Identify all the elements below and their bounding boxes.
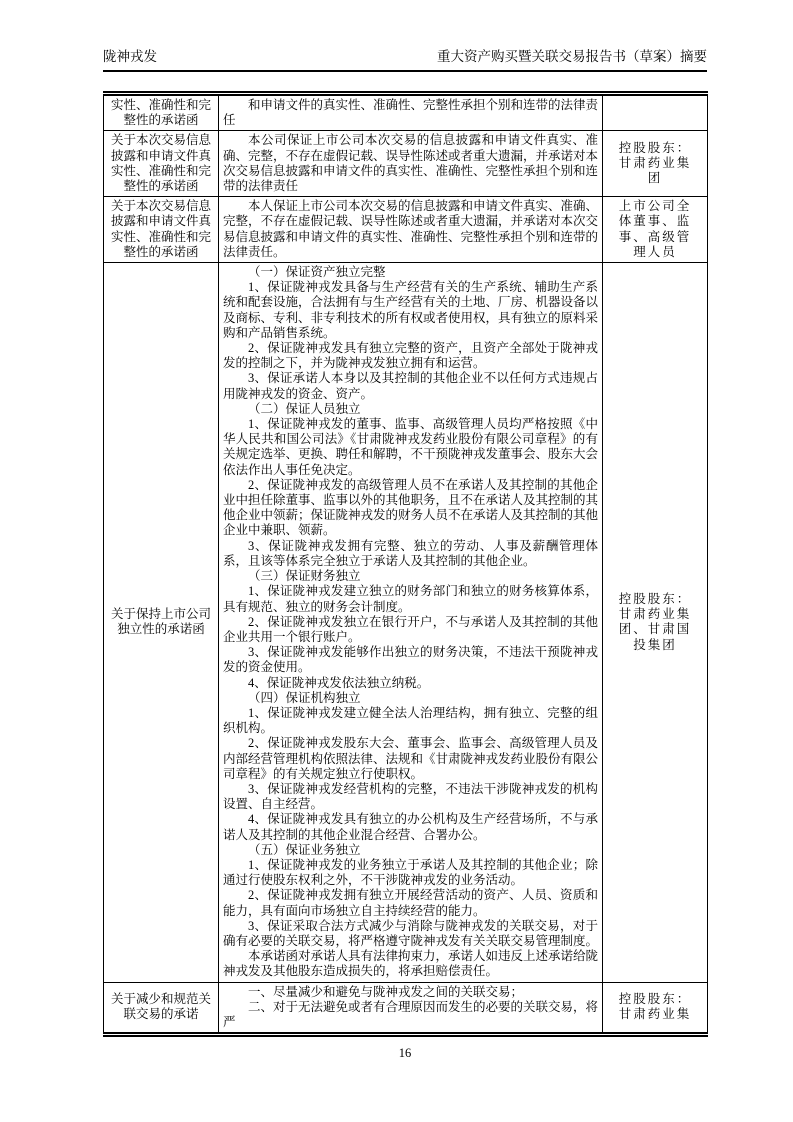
paragraph: 3、保证陇神戎发能够作出独立的财务决策，不违法干预陇神戎发的资金使用。 xyxy=(223,645,598,675)
paragraph: 2、保证陇神戎发独立在银行开户，不与承诺人及其控制的其他企业共用一个银行账户。 xyxy=(223,615,598,645)
commitment-name-cell: 实性、准确性和完 整性的承诺函 xyxy=(104,94,219,131)
paragraph: 2、保证陇神戎发的高级管理人员不在承诺人及其控制的其他企业中担任除董事、监事以外… xyxy=(223,478,598,539)
paragraph: 4、保证陇神戎发依法独立纳税。 xyxy=(223,676,598,691)
paragraph: 和申请文件的真实性、准确性、完整性承担个别和连带的法律责任 xyxy=(223,98,598,128)
header-rule xyxy=(103,70,707,72)
paragraph: （四）保证机构独立 xyxy=(223,691,598,706)
paragraph: 本人保证上市公司本次交易的信息披露和申请文件真实、准确、完整，不存在虚假记载、误… xyxy=(223,199,598,260)
paragraph: 4、保证陇神戎发具有独立的办公机构及生产经营场所，不与承诺人及其控制的其他企业混… xyxy=(223,812,598,842)
paragraph: 2、保证陇神戎发股东大会、董事会、监事会、高级管理人员及内部经营管理机构依照法律… xyxy=(223,736,598,782)
commitment-content-cell: 和申请文件的真实性、准确性、完整性承担个别和连带的法律责任 xyxy=(219,94,603,131)
commitment-party-cell: 控股股东： 甘肃药业集 团 xyxy=(603,131,708,197)
table-row-disclosure-company: 关于本次交易信息 披露和申请文件真 实性、准确性和完 整性的承诺函 本公司保证上… xyxy=(104,131,708,197)
paragraph: 3、保证采取合法方式减少与消除与陇神戎发的关联交易，对于确有必要的关联交易，将严… xyxy=(223,919,598,949)
page-number: 16 xyxy=(399,1046,412,1060)
commitment-party-cell: 控股股东： 甘肃药业集 团、甘肃国 投集团 xyxy=(603,263,708,983)
commitment-content-cell: 一、尽量减少和避免与陇神戎发之间的关联交易；二、对于无法避免或者有合理原因而发生… xyxy=(219,982,603,1035)
paragraph: 1、保证陇神戎发的董事、监事、高级管理人员均严格按照《中华人民共和国公司法》《甘… xyxy=(223,417,598,478)
commitment-content-cell: 本人保证上市公司本次交易的信息披露和申请文件真实、准确、完整，不存在虚假记载、误… xyxy=(219,197,603,263)
paragraph: 本公司保证上市公司本次交易的信息披露和申请文件真实、准确、完整，不存在虚假记载、… xyxy=(223,133,598,194)
commitment-party-cell: 上市公司全 体董事、监 事、高级管 理人员 xyxy=(603,197,708,263)
paragraph: 本承诺函对承诺人具有法律拘束力，承诺人如违反上述承诺给陇神戎发及其他股东造成损失… xyxy=(223,949,598,979)
paragraph: 2、保证陇神戎发拥有独立开展经营活动的资产、人员、资质和能力，具有面向市场独立自… xyxy=(223,888,598,918)
commitment-name-cell: 关于本次交易信息 披露和申请文件真 实性、准确性和完 整性的承诺函 xyxy=(104,131,219,197)
document-page: 陇神戎发 重大资产购买暨关联交易报告书（草案）摘要 实性、准确性和完 整性的承诺… xyxy=(0,0,793,1122)
table-row-disclosure-directors: 关于本次交易信息 披露和申请文件真 实性、准确性和完 整性的承诺函 本人保证上市… xyxy=(104,197,708,263)
header-report-title: 重大资产购买暨关联交易报告书（草案）摘要 xyxy=(437,48,707,65)
paragraph: （三）保证财务独立 xyxy=(223,569,598,584)
paragraph: （五）保证业务独立 xyxy=(223,843,598,858)
commitment-name-cell: 关于本次交易信息 披露和申请文件真 实性、准确性和完 整性的承诺函 xyxy=(104,197,219,263)
page-footer: 16 xyxy=(103,1046,707,1061)
paragraph: 一、尽量减少和避免与陇神戎发之间的关联交易； xyxy=(223,985,598,1000)
commitment-party-cell: 控股股东： 甘肃药业集 xyxy=(603,982,708,1035)
paragraph: 二、对于无法避免或者有合理原因而发生的必要的关联交易，将严 xyxy=(223,1000,598,1030)
paragraph: 1、保证陇神戎发的业务独立于承诺人及其控制的其他企业；除通过行使股东权利之外，不… xyxy=(223,858,598,888)
table-row-continuation: 实性、准确性和完 整性的承诺函 和申请文件的真实性、准确性、完整性承担个别和连带… xyxy=(104,94,708,131)
paragraph: 3、保证承诺人本身以及其控制的其他企业不以任何方式违规占用陇神戎发的资金、资产。 xyxy=(223,371,598,401)
commitment-content-cell: 本公司保证上市公司本次交易的信息披露和申请文件真实、准确、完整，不存在虚假记载、… xyxy=(219,131,603,197)
table-row-independence: 关于保持上市公司 独立性的承诺函 （一）保证资产独立完整1、保证陇神戎发具备与生… xyxy=(104,263,708,983)
paragraph: 3、保证陇神戎发经营机构的完整，不违法干涉陇神戎发的机构设置、自主经营。 xyxy=(223,782,598,812)
header-company-name: 陇神戎发 xyxy=(103,48,157,65)
paragraph: （二）保证人员独立 xyxy=(223,402,598,417)
commitments-table: 实性、准确性和完 整性的承诺函 和申请文件的真实性、准确性、完整性承担个别和连带… xyxy=(103,91,708,1037)
paragraph: 2、保证陇神戎发具有独立完整的资产，且资产全部处于陇神戎发的控制之下，并为陇神戎… xyxy=(223,341,598,371)
commitment-name-cell: 关于保持上市公司 独立性的承诺函 xyxy=(104,263,219,983)
commitment-name-cell: 关于减少和规范关 联交易的承诺 xyxy=(104,982,219,1035)
commitment-content-cell: （一）保证资产独立完整1、保证陇神戎发具备与生产经营有关的生产系统、辅助生产系统… xyxy=(219,263,603,983)
table-row-related-transactions: 关于减少和规范关 联交易的承诺 一、尽量减少和避免与陇神戎发之间的关联交易；二、… xyxy=(104,982,708,1035)
paragraph: 1、保证陇神戎发具备与生产经营有关的生产系统、辅助生产系统和配套设施，合法拥有与… xyxy=(223,280,598,341)
document-header: 陇神戎发 重大资产购买暨关联交易报告书（草案）摘要 xyxy=(103,48,707,65)
commitment-party-cell xyxy=(603,94,708,131)
paragraph: 1、保证陇神戎发建立独立的财务部门和独立的财务核算体系，具有规范、独立的财务会计… xyxy=(223,584,598,614)
paragraph: 1、保证陇神戎发建立健全法人治理结构，拥有独立、完整的组织机构。 xyxy=(223,706,598,736)
paragraph: 3、保证陇神戎发拥有完整、独立的劳动、人事及薪酬管理体系，且该等体系完全独立于承… xyxy=(223,539,598,569)
paragraph: （一）保证资产独立完整 xyxy=(223,265,598,280)
